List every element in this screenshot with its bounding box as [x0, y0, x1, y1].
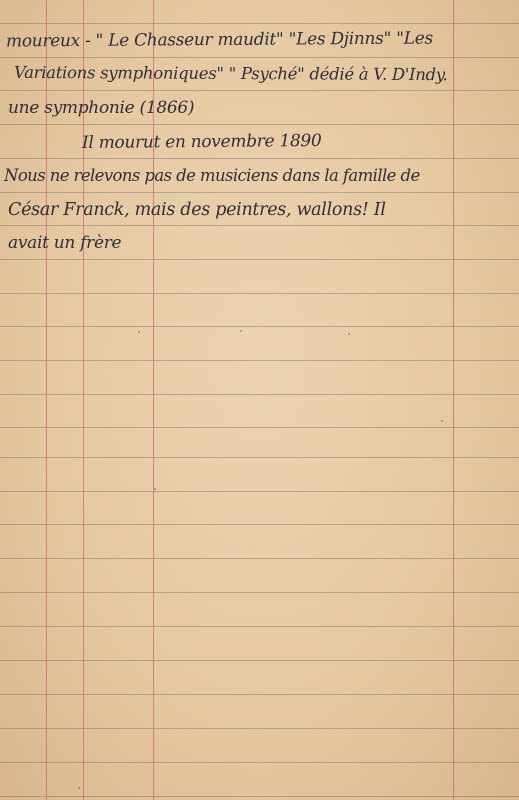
ruled-line: [0, 57, 519, 58]
ruled-line: [0, 626, 519, 627]
notebook-page: moureux - " Le Chasseur maudit" "Les Dji…: [0, 0, 519, 800]
paper-speck: [441, 420, 443, 422]
ruled-line: [0, 259, 519, 260]
ruled-line: [0, 360, 519, 361]
ruled-line: [0, 728, 519, 729]
ruled-line: [0, 158, 519, 159]
handwritten-line-1: moureux - " Le Chasseur maudit" "Les Dji…: [6, 29, 433, 52]
ruled-line: [0, 90, 519, 91]
ruled-line: [0, 225, 519, 226]
ruled-line: [0, 660, 519, 661]
ruled-line: [0, 762, 519, 763]
paper-speck: [78, 787, 80, 789]
ruled-line: [0, 457, 519, 458]
margin-line: [46, 0, 47, 800]
margin-line: [453, 0, 454, 800]
ruled-line: [0, 124, 519, 125]
ruled-line: [0, 394, 519, 395]
ruled-line: [0, 592, 519, 593]
handwritten-line-5: Nous ne relevons pas de musiciens dans l…: [4, 166, 420, 185]
margin-line: [83, 0, 84, 800]
ruled-line: [0, 491, 519, 492]
handwritten-line-6: César Franck, mais des peintres, wallons…: [8, 200, 386, 220]
paper-speck: [154, 488, 156, 490]
ruled-line: [0, 558, 519, 559]
paper-speck: [138, 331, 140, 333]
ruled-line: [0, 796, 519, 797]
ruled-line: [0, 293, 519, 294]
paper-speck: [348, 333, 350, 335]
ruled-line: [0, 326, 519, 327]
ruled-line: [0, 427, 519, 428]
ruled-line: [0, 23, 519, 24]
margin-line: [153, 0, 154, 800]
handwritten-line-3: une symphonie (1866): [8, 98, 194, 118]
ruled-line: [0, 192, 519, 193]
handwritten-line-7: avait un frère: [8, 233, 121, 253]
handwritten-line-2: Variations symphoniques" " Psyché" dédié…: [14, 63, 448, 84]
handwritten-line-4: Il mourut en novembre 1890: [82, 131, 322, 153]
paper-speck: [240, 330, 242, 332]
ruled-line: [0, 524, 519, 525]
ruled-line: [0, 694, 519, 695]
